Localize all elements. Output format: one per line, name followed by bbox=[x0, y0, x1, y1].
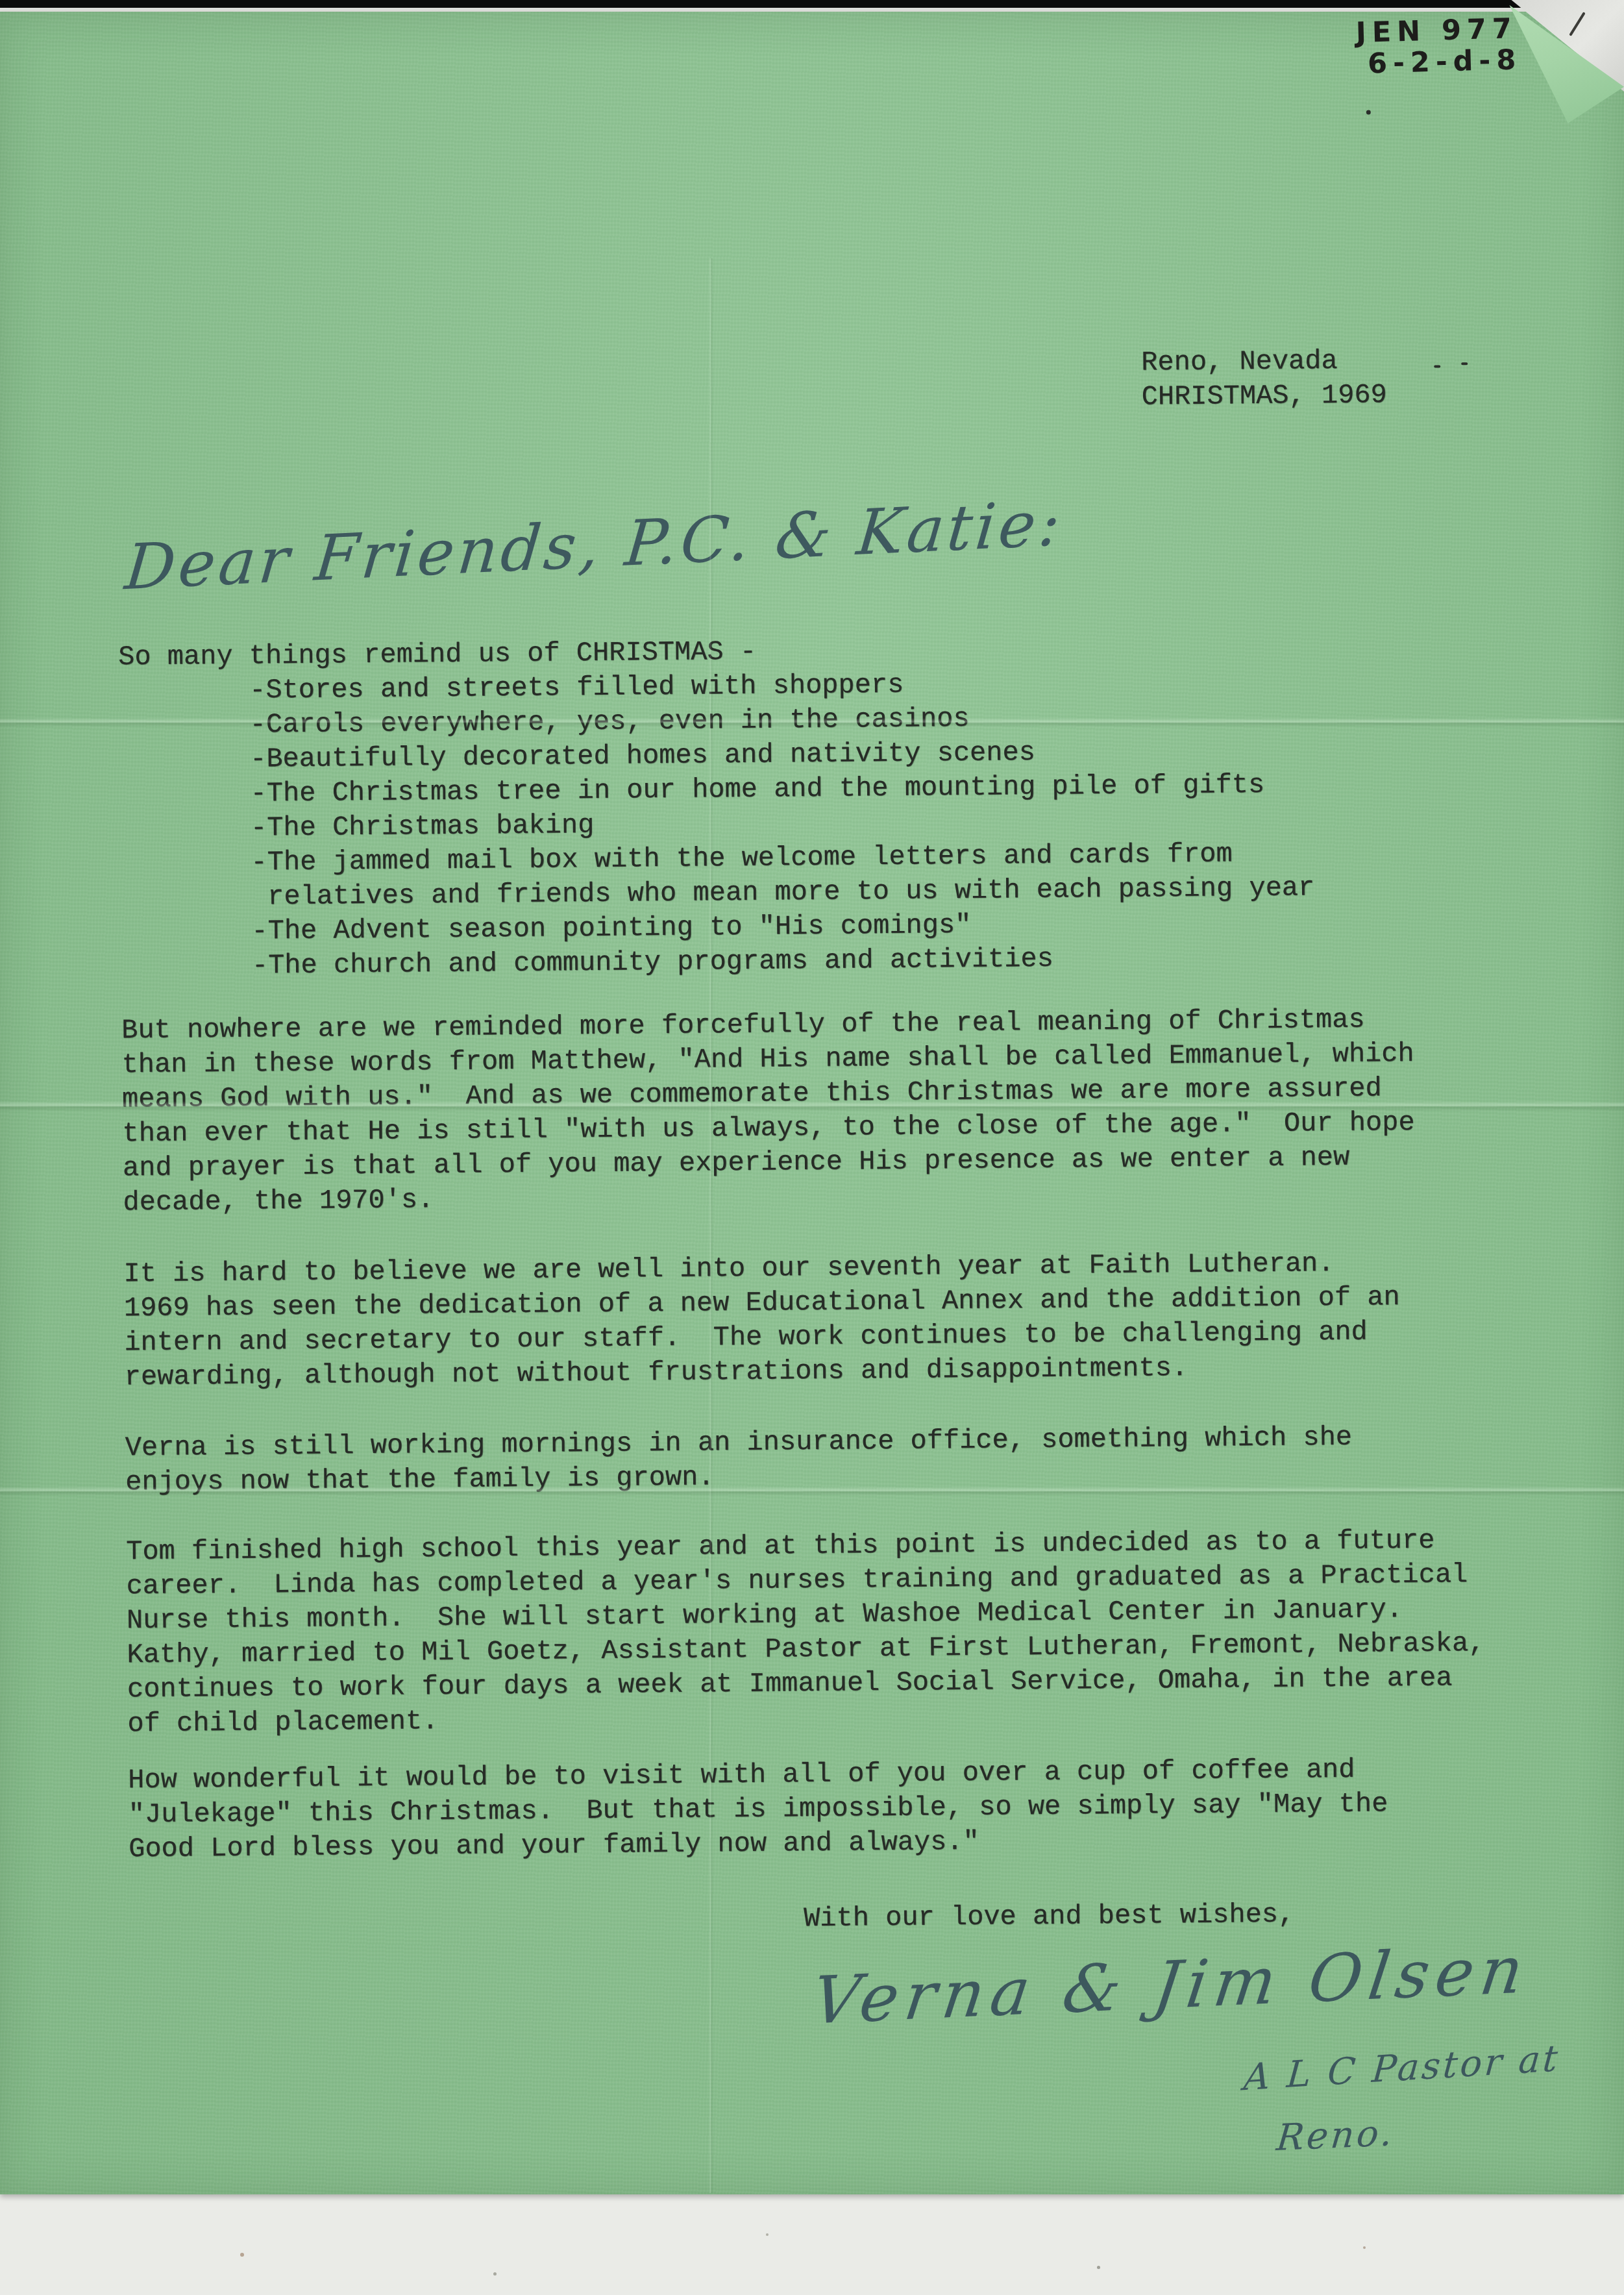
fold-crease-line bbox=[0, 1101, 1624, 1111]
signature-location-handwriting: Reno. bbox=[1275, 2112, 1397, 2159]
signature-title-handwriting: A L C Pastor at bbox=[1242, 2037, 1562, 2099]
ink-speck bbox=[1461, 362, 1468, 365]
dust-speck bbox=[493, 2272, 497, 2276]
scanner-background bbox=[0, 2194, 1624, 2295]
archival-code-line2: 6-2-d-8 bbox=[1368, 43, 1522, 80]
dust-speck bbox=[240, 2253, 244, 2257]
fold-crease-line bbox=[0, 718, 1624, 727]
body-paragraph-reminders: So many things remind us of CHRISTMAS - … bbox=[118, 630, 1315, 984]
dust-speck bbox=[1363, 2246, 1366, 2249]
letterhead-date: CHRISTMAS, 1969 bbox=[1141, 378, 1387, 414]
body-paragraph-children: Tom finished high school this year and a… bbox=[126, 1523, 1486, 1741]
ink-speck bbox=[1434, 366, 1440, 368]
fold-crease-line bbox=[0, 1487, 1624, 1496]
salutation-handwriting: Dear Friends, P.C. & Katie: bbox=[122, 487, 1066, 604]
letter-paper: JEN 977 6-2-d-8 Reno, Nevada CHRISTMAS, … bbox=[0, 12, 1624, 2194]
dust-speck bbox=[766, 2233, 769, 2236]
signature-handwriting: Verna & Jim Olsen bbox=[808, 1931, 1534, 2039]
ink-speck bbox=[1366, 110, 1371, 114]
archival-code-line1: JEN 977 bbox=[1355, 12, 1518, 49]
letter-content: JEN 977 6-2-d-8 Reno, Nevada CHRISTMAS, … bbox=[0, 0, 1624, 2196]
body-paragraph-church: It is hard to believe we are well into o… bbox=[123, 1246, 1401, 1395]
letterhead-location: Reno, Nevada bbox=[1141, 344, 1338, 380]
vertical-crease-line bbox=[709, 258, 713, 2193]
dust-speck bbox=[1097, 2266, 1100, 2269]
closing-line: With our love and best wishes, bbox=[804, 1898, 1295, 1937]
body-paragraph-farewell: How wonderful it would be to visit with … bbox=[128, 1752, 1388, 1867]
